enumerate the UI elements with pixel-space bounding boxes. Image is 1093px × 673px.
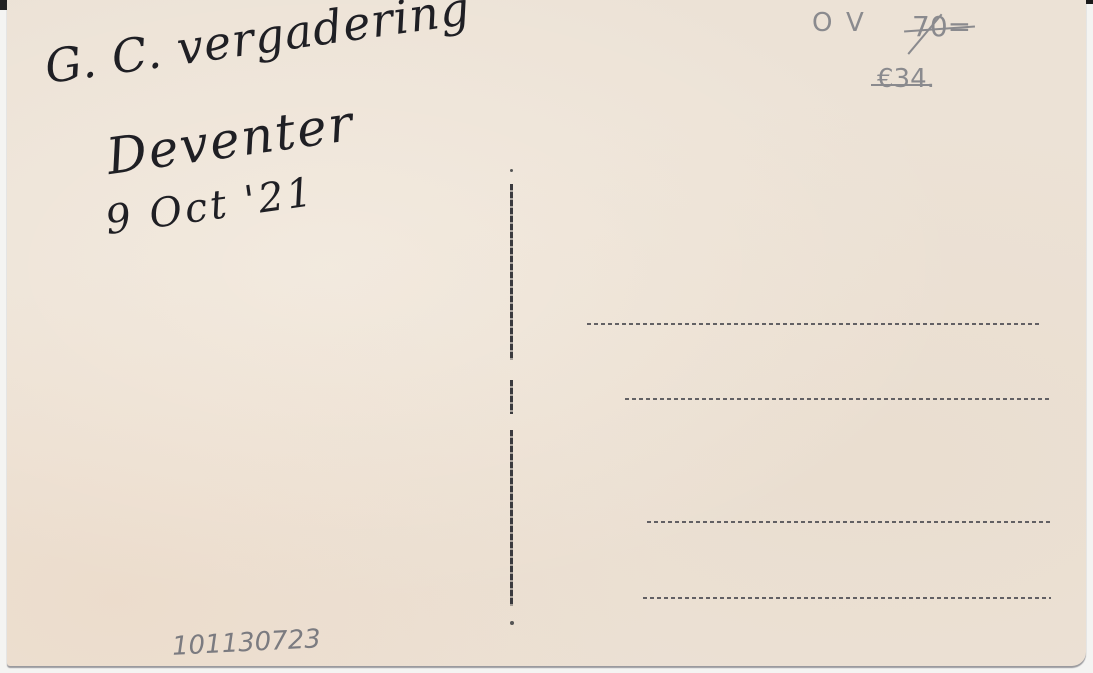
divider-line-lower [510, 430, 513, 606]
handwritten-line-city: Deventer [103, 94, 358, 186]
address-line-1 [587, 323, 1042, 325]
euro-strike-line [871, 84, 931, 86]
pencil-note-prefix: OV [812, 8, 878, 38]
address-line-2 [625, 398, 1051, 400]
postcard-back: G. C. vergadering Deventer 9 Oct '21 OV … [7, 0, 1086, 666]
divider-line-upper [510, 184, 513, 360]
divider-bottom-dot [510, 621, 514, 625]
address-line-3 [647, 521, 1051, 523]
pencil-note-new-price: €34. [877, 64, 935, 94]
divider-top-dot [510, 169, 513, 172]
address-line-4 [643, 597, 1051, 599]
handwritten-line-meeting: G. C. vergadering [41, 0, 473, 94]
divider-line-middle [510, 380, 513, 414]
catalog-number: 101130723 [171, 624, 321, 662]
